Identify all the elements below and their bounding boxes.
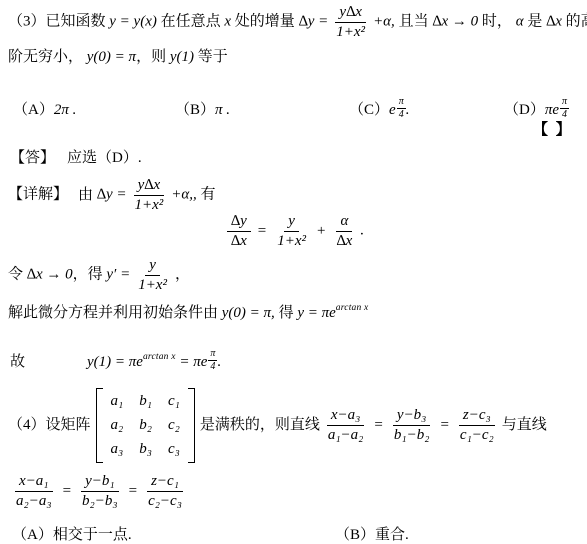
fraction-numerator: y∆x	[335, 3, 366, 23]
equals-sign: =	[258, 223, 266, 239]
stem-text: ，则	[136, 49, 170, 65]
math-expr: ∆x → 0	[432, 14, 478, 30]
stem-text: （4）设矩阵	[8, 417, 91, 433]
fraction-dy-over-dx: ∆y∆x	[227, 212, 251, 251]
answer-blank-box: 【 】	[533, 120, 573, 140]
math-expr: ∆x → 0	[27, 267, 73, 283]
fraction-line2-y: y−b₁b₂−b₃	[78, 472, 122, 511]
equals-sign: =	[374, 417, 382, 433]
solution-text: 由	[78, 187, 97, 203]
option-b: （B）π .	[175, 100, 230, 120]
problem3-stem-line1: （3）已知函数 y = y(x) 在任意点 x 处的增量 ∆y =y∆x1+x²…	[8, 3, 587, 42]
problem4-option-b: （B）重合.	[335, 525, 409, 544]
exponent-pi-over-4: π4	[208, 348, 217, 372]
stem-text: 是	[524, 14, 547, 30]
math-expr: y = πe	[297, 305, 335, 321]
problem4-line2-equation: x−a₁a₂−a₃=y−b₁b₂−b₃=z−c₁c₂−c₃	[8, 472, 190, 511]
equals-sign: =	[440, 417, 448, 433]
exponent-pi-over-4: π4	[397, 96, 406, 120]
fraction-line2-x: x−a₁a₂−a₃	[12, 472, 56, 511]
fraction-y-over-1x2: y1+x²	[273, 212, 310, 251]
option-label: （D）	[504, 102, 545, 118]
solution-text: 令	[8, 267, 27, 283]
math-expr: y = y(x)	[109, 14, 157, 30]
option-a: （A）2π .	[13, 100, 76, 120]
matrix-cells: a₁b₁c₁a₂b₂c₂a₃b₃c₃	[103, 388, 188, 463]
solution-line5: 故y(1) = πearctan x = πeπ4.	[10, 352, 221, 382]
math-expr: = πe	[176, 354, 208, 370]
stem-text: 时，	[478, 14, 516, 30]
math-expr: y(1) = πe	[87, 354, 143, 370]
problem4-option-a: （A）相交于一点.	[12, 525, 132, 544]
matrix-cell: a₂	[111, 418, 124, 433]
option-c: （C）eπ4.	[349, 100, 409, 130]
solution-text: 得	[275, 305, 298, 321]
equals-sign: =	[63, 483, 71, 499]
equals-sign: =	[129, 483, 137, 499]
centered-equation: ∆y∆x=y1+x²+α∆x.	[0, 212, 587, 251]
solution-text: 解此微分方程并利用初始条件由	[8, 305, 222, 321]
fraction-line1-x: x−a₃a₁−a₂	[324, 406, 368, 445]
answer-line: 【答】应选（D）.	[10, 148, 142, 168]
plus-sign: +	[317, 223, 325, 239]
matrix-cell: a₃	[111, 442, 124, 457]
fraction-ydx-over-1x2: y∆x1+x²	[332, 3, 369, 42]
solution-tag: 【详解】	[8, 187, 68, 203]
option-label: （B）	[175, 102, 215, 118]
math-expr: y(0) = π,	[222, 305, 275, 321]
matrix-cell: c₂	[168, 418, 180, 433]
math-expr: +α,,	[171, 187, 197, 203]
fraction-line1-z: z−c₃c₁−c₂	[456, 406, 498, 445]
exponent-pi-over-4: π4	[560, 96, 569, 120]
option-value: 重合.	[375, 527, 409, 543]
exponent-arctanx: arctan x	[143, 352, 176, 362]
matrix-cell: b₁	[139, 394, 152, 409]
fraction-y-over-1x2: y1+x²	[134, 256, 171, 295]
matrix-right-bracket	[188, 388, 195, 463]
matrix-3x3: a₁b₁c₁a₂b₂c₂a₃b₃c₃	[96, 388, 195, 463]
exam-solution-page: （3）已知函数 y = y(x) 在任意点 x 处的增量 ∆y =y∆x1+x²…	[0, 0, 587, 544]
fraction-line2-z: z−c₁c₂−c₃	[144, 472, 186, 511]
math-expr: +α,	[373, 14, 395, 30]
fraction-numerator: y∆x	[134, 176, 165, 196]
solution-text: 故	[10, 354, 25, 370]
stem-text: 在任意点	[157, 14, 225, 30]
math-expr: α	[516, 14, 524, 30]
math-expr: y′ =	[106, 267, 130, 283]
stem-text: 处的增量	[231, 14, 299, 30]
option-value: 2π .	[54, 102, 77, 118]
stem-text: 是满秩的，则直线	[200, 417, 320, 433]
period: .	[217, 354, 221, 370]
answer-text: 应选（D）.	[67, 150, 142, 166]
option-value: 相交于一点.	[53, 527, 132, 543]
problem4-stem-line1: （4）设矩阵a₁b₁c₁a₂b₂c₂a₃b₃c₃是满秩的，则直线x−a₃a₁−a…	[8, 388, 547, 463]
stem-text: 且当	[395, 14, 433, 30]
solution-text: ，得	[73, 267, 107, 283]
fraction-denominator: 1+x²	[332, 23, 369, 42]
period: .	[360, 223, 364, 239]
option-tail: .	[406, 102, 410, 118]
math-expr: y(1)	[170, 49, 194, 65]
solution-line4: 解此微分方程并利用初始条件由 y(0) = π, 得 y = πearctan …	[8, 303, 368, 323]
option-label: （A）	[12, 527, 53, 543]
fraction-line1-y: y−b₃b₁−b₂	[390, 406, 434, 445]
option-label: （A）	[13, 102, 54, 118]
stem-text: 阶无穷小，	[8, 49, 87, 65]
matrix-cell: c₃	[168, 442, 180, 457]
option-value: πe	[545, 102, 559, 118]
stem-text: 与直线	[502, 417, 547, 433]
option-label: （C）	[349, 102, 389, 118]
matrix-cell: a₁	[111, 394, 124, 409]
stem-text: （3）已知函数	[8, 14, 109, 30]
math-expr: y(0) = π	[87, 49, 136, 65]
stem-text: 等于	[194, 49, 228, 65]
problem3-stem-line2: 阶无穷小， y(0) = π，则 y(1) 等于	[8, 47, 228, 67]
option-value: π .	[215, 102, 230, 118]
fraction-alpha-over-dx: α∆x	[332, 212, 356, 251]
solution-line1: 【详解】由 ∆y =y∆x1+x²+α,, 有	[8, 176, 216, 215]
math-expr: ∆y =	[97, 187, 127, 203]
answer-tag: 【答】	[10, 150, 55, 166]
option-label: （B）	[335, 527, 375, 543]
math-expr: ∆y =	[299, 14, 329, 30]
matrix-cell: c₁	[168, 394, 180, 409]
matrix-left-bracket	[96, 388, 103, 463]
comma: ，	[175, 267, 190, 283]
stem-text: 的高	[562, 14, 587, 30]
solution-line3: 令 ∆x → 0，得 y′ =y1+x²，	[8, 256, 190, 295]
exponent-arctanx: arctan x	[336, 303, 369, 313]
math-expr: ∆x	[546, 14, 562, 30]
fraction-ydx-over-1x2: y∆x1+x²	[131, 176, 168, 215]
solution-text: 有	[197, 187, 216, 203]
option-value: e	[389, 102, 396, 118]
matrix-cell: b₃	[139, 442, 152, 457]
matrix-cell: b₂	[139, 418, 152, 433]
